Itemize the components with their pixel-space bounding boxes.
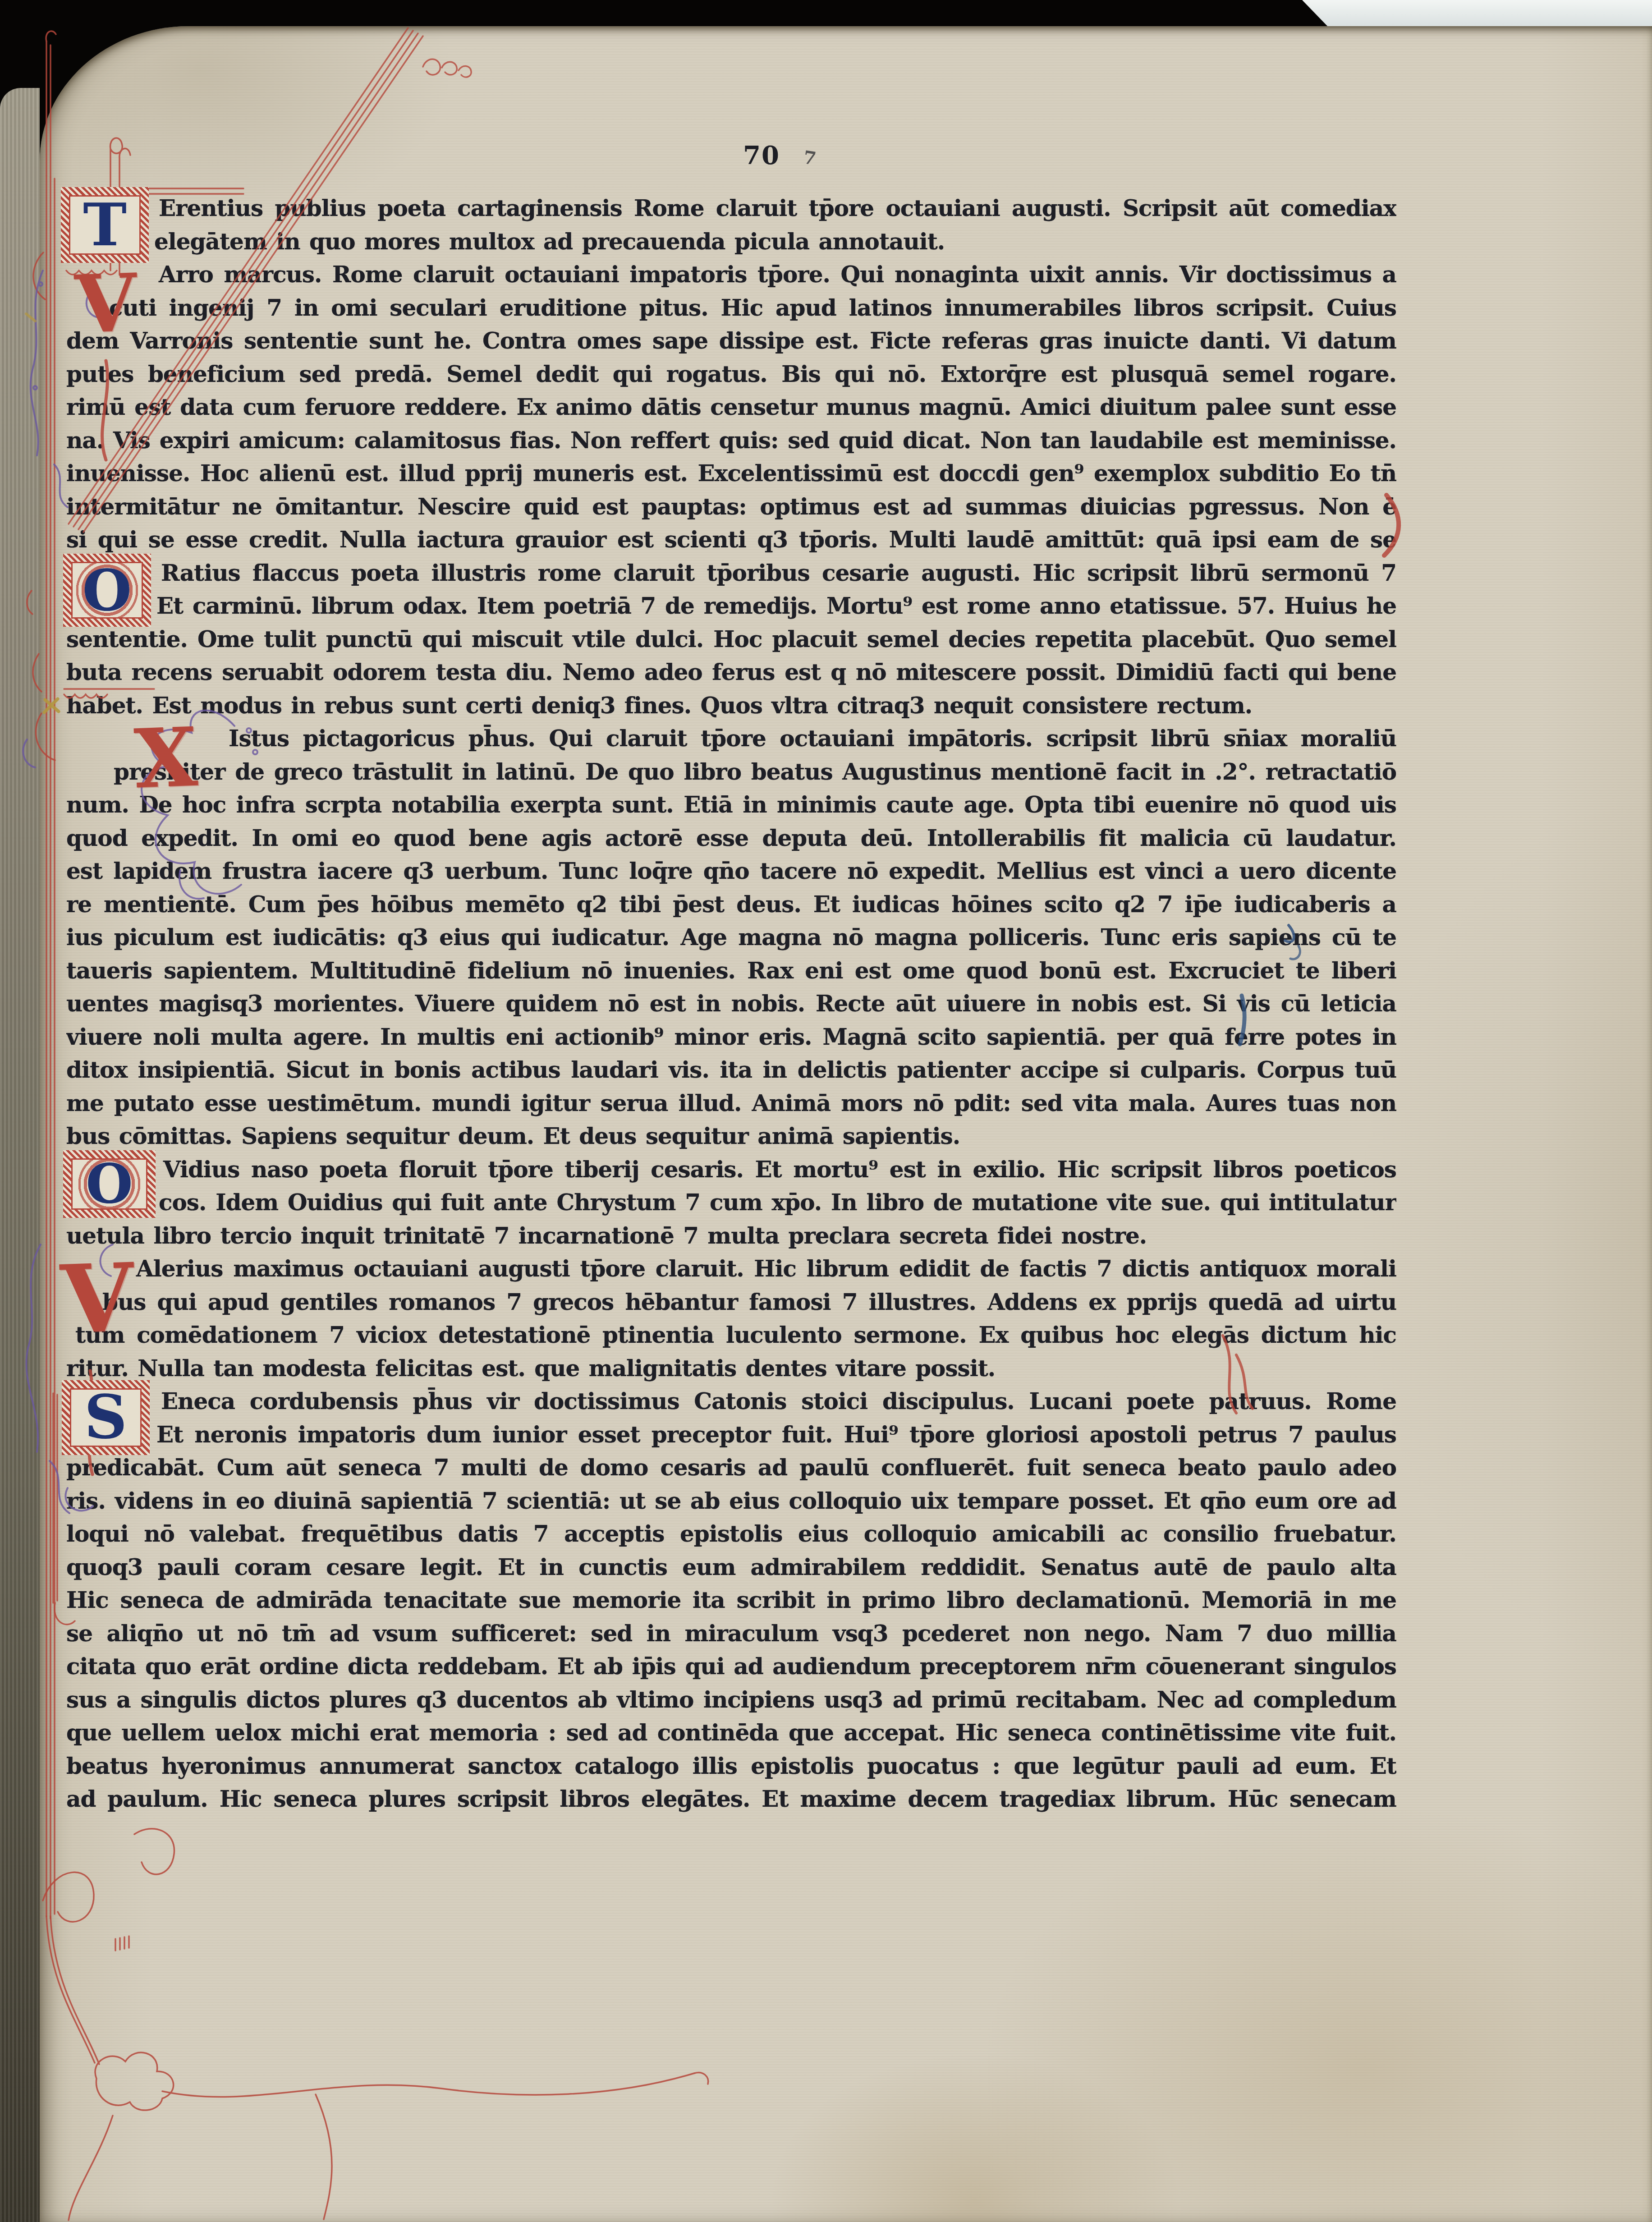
illuminated-initial: S (62, 1380, 150, 1455)
illuminated-initial: O (63, 1150, 156, 1218)
page-corner-mark: 7 (802, 147, 817, 170)
paragraph-xistus: XIstus pictagoricus ph̄us. Qui claruit t… (66, 722, 1396, 1153)
text-line: re mentientē. Cum p̄es hōibus memēto q2 … (66, 888, 1396, 921)
text-line: tum comēdationem 7 viciox detestationē p… (66, 1318, 1396, 1352)
text-line: sententie. Ome tulit punctū qui miscuit … (66, 623, 1396, 656)
illuminated-initial: X (121, 707, 211, 810)
text-line: me putato esse uestimētum. mundi igitur … (66, 1087, 1396, 1120)
text-line: que uellem uelox michi erat memoria : se… (66, 1716, 1396, 1749)
text-line: Hic seneca de admirāda tenacitate sue me… (66, 1584, 1396, 1617)
text-line: se aliqn̄o ut nō tm̄ ad vsum sufficeret:… (66, 1617, 1396, 1650)
text-line: cuti ingenij 7 in omi seculari erudition… (66, 291, 1396, 325)
text-line: dem Varronis sententie sunt he. Contra o… (66, 324, 1396, 358)
paragraph-terentius: TErentius publius poeta cartaginensis Ro… (66, 192, 1396, 258)
text-line: Ratius flaccus poeta illustris rome clar… (66, 556, 1396, 590)
text-line: cos. Idem Ouidius qui fuit ante Chrystum… (66, 1186, 1396, 1219)
folio-header: 707 (743, 141, 816, 170)
text-line: intermitātur ne ōmitantur. Nescire quid … (66, 490, 1396, 523)
text-block: TErentius publius poeta cartaginensis Ro… (66, 192, 1396, 1816)
text-line: Alerius maximus octauiani augusti tp̄ore… (66, 1252, 1396, 1285)
paragraph-seneca: SEneca cordubensis ph̄us vir doctissimus… (66, 1385, 1396, 1816)
text-line: loqui nō valebat. frequētibus datis 7 ac… (66, 1517, 1396, 1551)
text-line: ris. videns in eo diuinā sapientiā 7 sci… (66, 1484, 1396, 1518)
text-line: buta recens seruabit odorem testa diu. N… (66, 656, 1396, 689)
text-line: num. De hoc infra scrpta notabilia exerp… (66, 788, 1396, 822)
text-line: na. Vis expiri amicum: calamitosus fias.… (66, 424, 1396, 457)
page-number: 70 (743, 141, 780, 170)
text-line: sus a singulis dictos plures q3 ducentos… (66, 1683, 1396, 1717)
text-line: ritur. Nulla tan modesta felicitas est. … (66, 1352, 1396, 1385)
text-line: habet. Est modus in rebus sunt certi den… (66, 689, 1396, 722)
text-line: presbiter de greco trāstulit in latinū. … (66, 755, 1396, 789)
paragraph-valerius: VAlerius maximus octauiani augusti tp̄or… (66, 1252, 1396, 1385)
text-line: uentes magisq3 morientes. Viuere quidem … (66, 987, 1396, 1020)
paragraph-ouidius: OVidius naso poeta floruit tp̄ore tiberi… (66, 1153, 1396, 1253)
illuminated-initial: V (61, 1230, 133, 1368)
illuminated-initial: O (63, 554, 151, 627)
text-line: viuere noli multa agere. In multis eni a… (66, 1020, 1396, 1054)
text-line: bus cōmittas. Sapiens sequitur deum. Et … (66, 1120, 1396, 1153)
text-line: beatus hyeronimus annumerat sanctox cata… (66, 1749, 1396, 1783)
text-line: inuenisse. Hoc alienū est. illud pprij m… (66, 457, 1396, 490)
text-line: taueris sapientem. Multitudinē fidelium … (66, 954, 1396, 987)
text-line: quod expedit. In omi eo quod bene agis a… (66, 822, 1396, 855)
text-line: Eneca cordubensis ph̄us vir doctissimus … (66, 1385, 1396, 1418)
text-line: ad paulum. Hic seneca plures scripsit li… (66, 1782, 1396, 1816)
illuminated-initial: V (64, 250, 148, 358)
text-line: citata quo erāt ordine dicta reddebam. E… (66, 1650, 1396, 1683)
text-line: Erentius publius poeta cartaginensis Rom… (66, 192, 1396, 225)
text-line: Et neronis impatoris dum iunior esset pr… (66, 1418, 1396, 1451)
text-line: si qui se esse credit. Nulla iactura gra… (66, 523, 1396, 556)
text-line: Vidius naso poeta floruit tp̄ore tiberij… (66, 1153, 1396, 1186)
text-line: quoq3 pauli coram cesare legit. Et in cu… (66, 1551, 1396, 1584)
paragraph-oratius: ORatius flaccus poeta illustris rome cla… (66, 556, 1396, 722)
text-line: Arro marcus. Rome claruit octauiani impa… (66, 258, 1396, 291)
text-line: ius piculum est iudicātis: q3 eius qui i… (66, 921, 1396, 954)
scanner-light-corner (1302, 0, 1652, 28)
text-line: uetula libro tercio inquit trinitatē 7 i… (66, 1219, 1396, 1253)
text-line: bus qui apud gentiles romanos 7 grecos h… (66, 1285, 1396, 1319)
text-line: predicabāt. Cum aūt seneca 7 multi de do… (66, 1451, 1396, 1484)
text-line: Et carminū. librum odax. Item poetriā 7 … (66, 589, 1396, 623)
book-page: 707 TErentius publius poeta cartaginensi… (40, 26, 1652, 2222)
text-line: Istus pictagoricus ph̄us. Qui claruit tp… (66, 722, 1396, 755)
facing-page-edge (0, 88, 40, 2222)
text-line: est lapidem frustra iacere q3 uerbum. Tu… (66, 854, 1396, 888)
text-line: rimū est data cum feruore reddere. Ex an… (66, 390, 1396, 424)
text-line: putes beneficium sed predā. Semel dedit … (66, 358, 1396, 391)
text-line: elegātem in quo mores multox ad precauen… (66, 225, 1396, 258)
book-photograph: 707 TErentius publius poeta cartaginensi… (0, 0, 1652, 2222)
text-line: ditox insipientiā. Sicut in bonis actibu… (66, 1053, 1396, 1087)
paragraph-varro: VArro marcus. Rome claruit octauiani imp… (66, 258, 1396, 556)
